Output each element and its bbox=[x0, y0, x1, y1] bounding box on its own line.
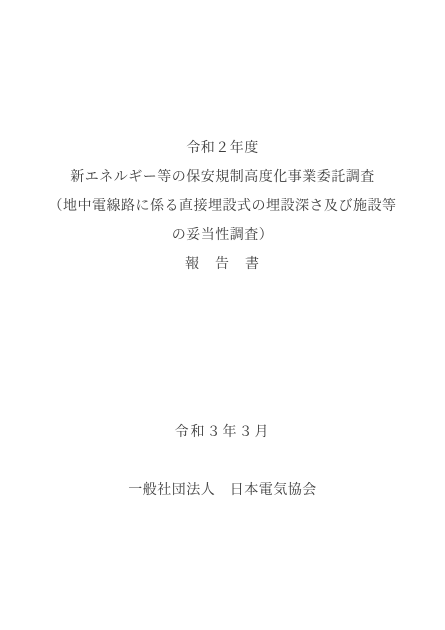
report-cover-page: 令和２年度 新エネルギー等の保安規制高度化事業委託調査 （地中電線路に係る直接埋… bbox=[0, 0, 445, 630]
publication-date: 令和３年３月 bbox=[0, 418, 445, 447]
title-block: 令和２年度 新エネルギー等の保安規制高度化事業委託調査 （地中電線路に係る直接埋… bbox=[0, 134, 445, 279]
subtitle-line-2: の妥当性調査） bbox=[0, 221, 445, 250]
subtitle-line-1: （地中電線路に係る直接埋設式の埋設深さ及び施設等 bbox=[0, 192, 445, 221]
project-title: 新エネルギー等の保安規制高度化事業委託調査 bbox=[0, 163, 445, 192]
document-type-label: 報 告 書 bbox=[0, 250, 445, 279]
publisher-name: 一般社団法人 日本電気協会 bbox=[0, 476, 445, 505]
fiscal-year-label: 令和２年度 bbox=[0, 134, 445, 163]
